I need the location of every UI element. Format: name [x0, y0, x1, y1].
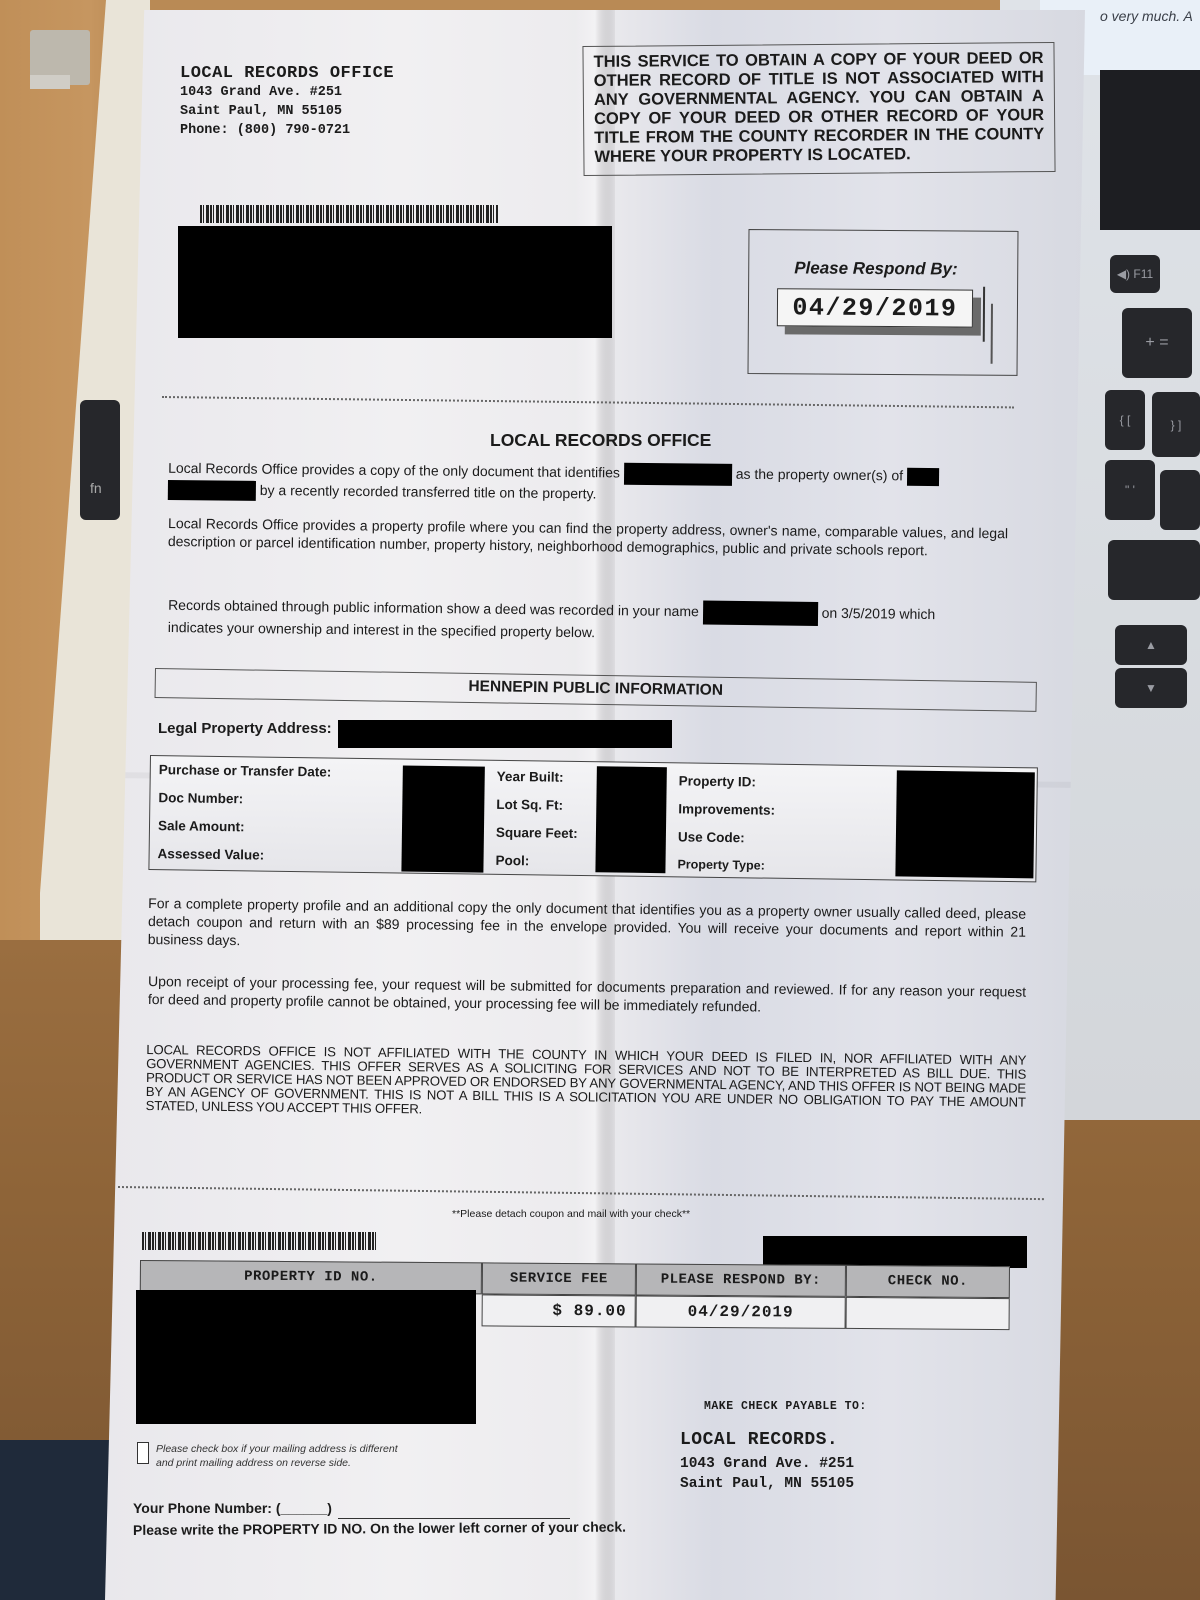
volume-key: ◀) F11	[1110, 255, 1160, 293]
property-info-table: Purchase or Transfer Date: Doc Number: S…	[148, 755, 1038, 882]
sender-phone: Phone: (800) 790-0721	[180, 121, 394, 140]
power-adapter-connector	[30, 30, 90, 85]
respond-by-date: 04/29/2019	[777, 288, 973, 327]
recipient-address-redacted	[178, 226, 612, 338]
barcode-coupon	[142, 1232, 376, 1250]
quote-key: " '	[1105, 460, 1155, 520]
owner-name-redacted	[703, 601, 818, 626]
coupon-recipient-redacted	[763, 1236, 1027, 1268]
p1-text-a: Local Records Office provides a copy of …	[168, 460, 620, 481]
bracket-open-key: { [	[1105, 390, 1145, 450]
label-use-code: Use Code:	[678, 829, 745, 845]
phone-number-label: Your Phone Number: (______)	[133, 1500, 332, 1516]
laptop-bezel	[1100, 70, 1200, 230]
label-sale-amount: Sale Amount:	[158, 818, 245, 834]
plus-equal-key: + =	[1122, 308, 1192, 378]
decorative-rule	[991, 304, 993, 364]
p1-text-c: by a recently recorded transferred title…	[260, 482, 597, 502]
barcode-top	[200, 205, 498, 223]
check-no-field[interactable]	[846, 1297, 1010, 1330]
header-check-no: CHECK NO.	[846, 1265, 1010, 1298]
return-key-top	[1160, 470, 1200, 530]
arrow-down-key: ▼	[1115, 668, 1187, 708]
detach-note: **Please detach coupon and mail with you…	[452, 1208, 690, 1220]
respond-by-label: Please Respond By:	[794, 258, 958, 279]
paragraph-fee-offer: For a complete property profile and an a…	[148, 894, 1027, 959]
sender-address-line1: 1043 Grand Ave. #251	[180, 83, 394, 102]
payee-address-line1: 1043 Grand Ave. #251	[680, 1454, 854, 1474]
fn-key: fn	[80, 400, 120, 520]
checkbox-note: Please check box if your mailing address…	[156, 1442, 398, 1470]
checkbox-note-line1: Please check box if your mailing address…	[156, 1442, 398, 1456]
owner-name-redacted	[624, 463, 732, 486]
decorative-rule	[983, 287, 985, 342]
label-purchase-date: Purchase or Transfer Date:	[159, 762, 332, 779]
label-improvements: Improvements:	[678, 801, 775, 817]
address-different-checkbox[interactable]	[137, 1442, 149, 1464]
bracket-close-key: } ]	[1152, 392, 1200, 457]
respond-by-box: Please Respond By: 04/29/2019	[747, 229, 1018, 376]
arrow-up-key: ▲	[1115, 625, 1187, 665]
header-service-fee: SERVICE FEE	[482, 1262, 636, 1295]
shift-key	[1108, 540, 1200, 600]
respond-by-value: 04/29/2019	[636, 1295, 846, 1328]
col2-values-redacted	[595, 766, 666, 873]
header-respond-by: PLEASE RESPOND BY:	[636, 1263, 846, 1296]
label-lot-sqft: Lot Sq. Ft:	[496, 797, 563, 813]
payee-address: 1043 Grand Ave. #251 Saint Paul, MN 5510…	[680, 1454, 854, 1494]
col3-values-redacted	[895, 770, 1034, 878]
label-pool: Pool:	[495, 853, 529, 868]
paragraph-owner-identification: Local Records Office provides a copy of …	[168, 458, 1008, 509]
legal-address-label: Legal Property Address:	[158, 720, 332, 737]
property-redacted	[907, 468, 939, 486]
p3-text-b: on 3/5/2019 which	[822, 605, 936, 622]
sender-address-line2: Saint Paul, MN 55105	[180, 102, 394, 121]
sender-block: LOCAL RECORDS OFFICE 1043 Grand Ave. #25…	[180, 64, 394, 140]
sender-name: LOCAL RECORDS OFFICE	[180, 64, 394, 83]
col1-values-redacted	[401, 766, 484, 873]
label-year-built: Year Built:	[497, 769, 564, 785]
legal-disclaimer: LOCAL RECORDS OFFICE IS NOT AFFILIATED W…	[146, 1043, 1027, 1124]
p1-text-b: as the property owner(s) of	[736, 466, 903, 484]
label-doc-number: Doc Number:	[158, 790, 243, 806]
label-assessed-value: Assessed Value:	[158, 846, 265, 862]
legal-address-redacted	[338, 720, 672, 748]
property-redacted-2	[168, 480, 256, 501]
label-property-type: Property Type:	[677, 857, 764, 872]
payee-address-line2: Saint Paul, MN 55105	[680, 1474, 854, 1494]
p3-text-a: Records obtained through public informat…	[168, 597, 699, 619]
label-property-id: Property ID:	[679, 773, 756, 789]
label-square-feet: Square Feet:	[496, 825, 578, 841]
floor-shadow	[0, 1440, 110, 1600]
property-id-mailing-redacted	[136, 1290, 476, 1424]
make-check-payable-label: MAKE CHECK PAYABLE TO:	[704, 1400, 867, 1413]
checkbox-note-line2: and print mailing address on reverse sid…	[156, 1456, 398, 1470]
payee-name: LOCAL RECORDS.	[680, 1430, 838, 1450]
service-fee-value: $ 89.00	[482, 1294, 636, 1327]
body-title: LOCAL RECORDS OFFICE	[490, 430, 711, 451]
disclaimer-box: THIS SERVICE TO OBTAIN A COPY OF YOUR DE…	[582, 42, 1055, 176]
